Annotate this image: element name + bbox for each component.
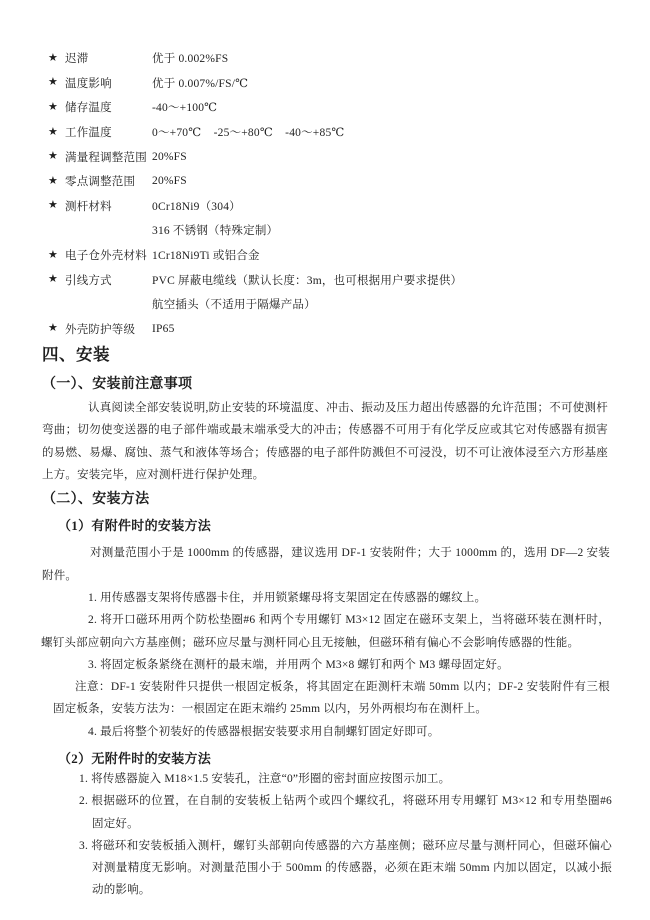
spec-value: 优于 0.007%/FS/℃ bbox=[152, 75, 650, 91]
spec-value: -40～+100℃ bbox=[152, 99, 650, 115]
spec-value: 316 不锈钢（特殊定制） bbox=[152, 222, 650, 238]
list-item: 3. 将磁环和安装板插入测杆，螺钉头部朝向传感器的六方基座侧；磁环应尽量与测杆同… bbox=[92, 835, 612, 902]
precautions-paragraph: 认真阅读全部安装说明,防止安装的环境温度、冲击、振动及压力超出传感器的允许范围；… bbox=[42, 397, 608, 486]
spec-value: IP65 bbox=[152, 323, 650, 335]
star-bullet-icon: ★ bbox=[48, 151, 65, 162]
spec-row: ★迟滞优于 0.002%FS bbox=[48, 46, 650, 71]
subsection-heading-precautions: （一）、安装前注意事项 bbox=[42, 375, 650, 394]
spec-value: 0～+70℃ -25～+80℃ -40～+85℃ bbox=[152, 124, 650, 140]
spec-label: 温度影响 bbox=[65, 75, 152, 91]
star-bullet-icon: ★ bbox=[48, 102, 65, 113]
spec-row: ★满量程调整范围20%FS bbox=[48, 144, 650, 169]
spec-row: ★零点调整范围20%FS bbox=[48, 169, 650, 194]
list-item: 3. 将固定板条紧绕在测杆的最末端，并用两个 M3×8 螺钉和两个 M3 螺母固… bbox=[42, 654, 610, 676]
list-item: 1. 用传感器支架将传感器卡住，并用锁紧螺母将支架固定在传感器的螺纹上。 bbox=[42, 587, 610, 609]
spec-row: ★温度影响优于 0.007%/FS/℃ bbox=[48, 71, 650, 96]
method-without-accessories-heading: （2）无附件时的安装方法 bbox=[58, 750, 650, 768]
spec-value: 优于 0.002%FS bbox=[152, 50, 650, 66]
list-item: 2. 将开口磁环用两个防松垫圈#6 和两个专用螺钉 M3×12 固定在磁环支架上… bbox=[41, 609, 610, 654]
spec-row: ★外壳防护等级IP65 bbox=[48, 317, 650, 342]
subsection-heading-methods: （二）、安装方法 bbox=[42, 490, 650, 509]
star-bullet-icon: ★ bbox=[48, 250, 65, 261]
list-item-note: 注意：DF-1 安装附件只提供一根固定板条，将其固定在距测杆末端 50mm 以内… bbox=[53, 676, 610, 721]
spec-value: 0Cr18Ni9（304） bbox=[152, 198, 650, 214]
spec-label: 外壳防护等级 bbox=[65, 321, 152, 337]
spec-list: ★迟滞优于 0.002%FS★温度影响优于 0.007%/FS/℃★储存温度-4… bbox=[0, 0, 650, 341]
star-bullet-icon: ★ bbox=[48, 53, 65, 64]
spec-row: ★引线方式PVC 屏蔽电缆线（默认长度：3m，也可根据用户要求提供） bbox=[48, 267, 650, 292]
spec-row: ★测杆材料0Cr18Ni9（304） bbox=[48, 194, 650, 219]
spec-label: 零点调整范围 bbox=[65, 173, 152, 189]
document-body: { "page": { "colors": { "background": "#… bbox=[0, 0, 650, 920]
spec-value: 20%FS bbox=[152, 151, 650, 163]
spec-row: 航空插头（不适用于隔爆产品） bbox=[48, 292, 650, 317]
method-with-accessories-intro: 对测量范围小于是 1000mm 的传感器，建议选用 DF-1 安装附件；大于 1… bbox=[42, 542, 610, 587]
spec-value: PVC 屏蔽电缆线（默认长度：3m，也可根据用户要求提供） bbox=[152, 272, 650, 288]
list-item: 1. 将传感器旋入 M18×1.5 安装孔，注意“0”形圈的密封面应按图示加工。 bbox=[92, 768, 612, 790]
spec-row: ★储存温度-40～+100℃ bbox=[48, 95, 650, 120]
spec-value: 航空插头（不适用于隔爆产品） bbox=[152, 296, 650, 312]
spec-label: 满量程调整范围 bbox=[65, 149, 152, 165]
star-bullet-icon: ★ bbox=[48, 323, 65, 334]
star-bullet-icon: ★ bbox=[48, 127, 65, 138]
star-bullet-icon: ★ bbox=[48, 176, 65, 187]
star-bullet-icon: ★ bbox=[48, 200, 65, 211]
list-item: 4. 最后将整个初装好的传感器根据安装要求用自制螺钉固定好即可。 bbox=[42, 721, 610, 743]
spec-row: 316 不锈钢（特殊定制） bbox=[48, 218, 650, 243]
section-heading-installation: 四、安装 bbox=[42, 344, 650, 365]
manual-page: ★迟滞优于 0.002%FS★温度影响优于 0.007%/FS/℃★储存温度-4… bbox=[0, 0, 650, 920]
spec-value: 1Cr18Ni9Ti 或铝合金 bbox=[152, 247, 650, 263]
spec-label: 引线方式 bbox=[65, 272, 152, 288]
star-bullet-icon: ★ bbox=[48, 274, 65, 285]
spec-label: 工作温度 bbox=[65, 124, 152, 140]
spec-label: 迟滞 bbox=[65, 50, 152, 66]
spec-row: ★工作温度0～+70℃ -25～+80℃ -40～+85℃ bbox=[48, 120, 650, 145]
spec-label: 电子仓外壳材料 bbox=[65, 247, 152, 263]
spec-label: 储存温度 bbox=[65, 99, 152, 115]
spec-value: 20%FS bbox=[152, 175, 650, 187]
star-bullet-icon: ★ bbox=[48, 77, 65, 88]
list-item: 2. 根据磁环的位置，在自制的安装板上钻两个或四个螺纹孔，将磁环用专用螺钉 M3… bbox=[92, 790, 612, 835]
method-with-accessories-heading: （1）有附件时的安装方法 bbox=[58, 517, 650, 535]
spec-row: ★电子仓外壳材料1Cr18Ni9Ti 或铝合金 bbox=[48, 243, 650, 268]
spec-label: 测杆材料 bbox=[65, 198, 152, 214]
